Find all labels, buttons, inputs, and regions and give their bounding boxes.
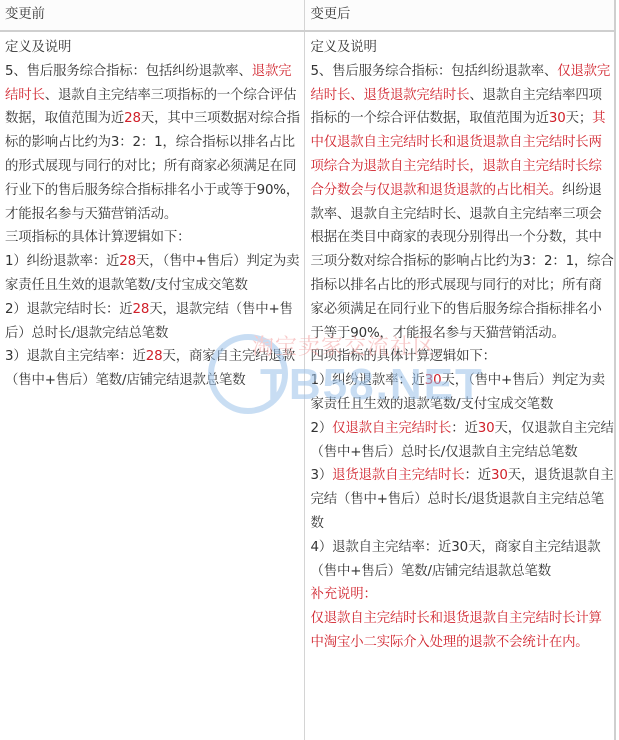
text: 3）退款自主完结率：近 bbox=[5, 349, 146, 364]
comparison-table: 变更前 变更后 定义及说明 5、售后服务综合指标：包括纠纷退款率、退款完结时长、… bbox=[0, 0, 616, 740]
before-item-2: 2）退款完结时长：近28天，退款完结（售中+售后）总时长/退款完结总笔数 bbox=[5, 298, 304, 346]
before-cell: 定义及说明 5、售后服务综合指标：包括纠纷退款率、退款完结时长、退款自主完结率三… bbox=[0, 31, 304, 740]
text: 1）纠纷退款率：近 bbox=[5, 254, 119, 269]
supplement-title: 补充说明： bbox=[311, 583, 615, 607]
after-item-4: 4）退款自主完结率：近30天，商家自主完结退款（售中+售后）笔数/店铺完结退款总… bbox=[311, 536, 615, 584]
after-item-2: 2）仅退款自主完结时长：近30天，仅退款自主完结（售中+售后）总时长/仅退款自主… bbox=[311, 417, 615, 465]
supplement-text: 仅退款自主完结时长和退货退款自主完结时长计算中淘宝小二实际介入处理的退款不会统计… bbox=[311, 607, 615, 655]
text: 1）纠纷退款率：近 bbox=[311, 373, 425, 388]
days-value: 30 bbox=[478, 421, 495, 436]
text: 天； bbox=[566, 111, 592, 126]
after-title: 定义及说明 bbox=[311, 36, 615, 60]
before-item-3: 3）退款自主完结率：近28天，商家自主完结退款（售中+售后）笔数/店铺完结退款总… bbox=[5, 345, 304, 393]
text: 2）退款完结时长：近 bbox=[5, 302, 133, 317]
days-value: 30 bbox=[451, 540, 468, 555]
after-cell: 定义及说明 5、售后服务综合指标：包括纠纷退款率、仅退款完结时长、退货退款完结时… bbox=[304, 31, 615, 740]
days-value: 30 bbox=[491, 468, 508, 483]
days-value: 30 bbox=[425, 373, 442, 388]
before-item-1: 1）纠纷退款率：近28天，（售中+售后）判定为卖家责任且生效的退款笔数/支付宝成… bbox=[5, 250, 304, 298]
days-value: 30 bbox=[549, 111, 566, 126]
text: 2） bbox=[311, 421, 333, 436]
days-value: 28 bbox=[124, 111, 141, 126]
header-row: 变更前 变更后 bbox=[0, 0, 615, 31]
text: 纠纷退款率、退款自主完结时长、退款自主完结率三项会根据在类目中商家的表现分别得出… bbox=[311, 183, 614, 341]
text: 天，其中三项数据对综合指标的影响占比约为3：2：1，综合指标以排名占比的形式展现… bbox=[5, 111, 300, 221]
text: 3） bbox=[311, 468, 333, 483]
days-value: 28 bbox=[146, 349, 163, 364]
after-paragraph: 5、售后服务综合指标：包括纠纷退款率、仅退款完结时长、退货退款完结时长、退款自主… bbox=[311, 60, 615, 346]
content-row: 定义及说明 5、售后服务综合指标：包括纠纷退款率、退款完结时长、退款自主完结率三… bbox=[0, 31, 615, 740]
after-logic-intro: 四项指标的具体计算逻辑如下： bbox=[311, 345, 615, 369]
highlight-text: 退货退款自主完结时长 bbox=[332, 468, 464, 483]
text: 5、售后服务综合指标：包括纠纷退款率、 bbox=[5, 64, 252, 79]
days-value: 28 bbox=[119, 254, 136, 269]
text: ：近 bbox=[451, 421, 477, 436]
days-value: 28 bbox=[133, 302, 150, 317]
before-paragraph: 5、售后服务综合指标：包括纠纷退款率、退款完结时长、退款自主完结率三项指标的一个… bbox=[5, 60, 304, 227]
before-logic-intro: 三项指标的具体计算逻辑如下： bbox=[5, 226, 304, 250]
after-item-3: 3）退货退款自主完结时长：近30天，退货退款自主完结（售中+售后）总时长/退货退… bbox=[311, 464, 615, 535]
after-item-1: 1）纠纷退款率：近30天，（售中+售后）判定为卖家责任且生效的退款笔数/支付宝成… bbox=[311, 369, 615, 417]
text: 5、售后服务综合指标：包括纠纷退款率、 bbox=[311, 64, 558, 79]
highlight-text: 仅退款自主完结时长 bbox=[332, 421, 451, 436]
text: 4）退款自主完结率：近 bbox=[311, 540, 452, 555]
text: ：近 bbox=[465, 468, 491, 483]
before-title: 定义及说明 bbox=[5, 36, 304, 60]
header-after: 变更后 bbox=[304, 0, 615, 31]
header-before: 变更前 bbox=[0, 0, 304, 31]
